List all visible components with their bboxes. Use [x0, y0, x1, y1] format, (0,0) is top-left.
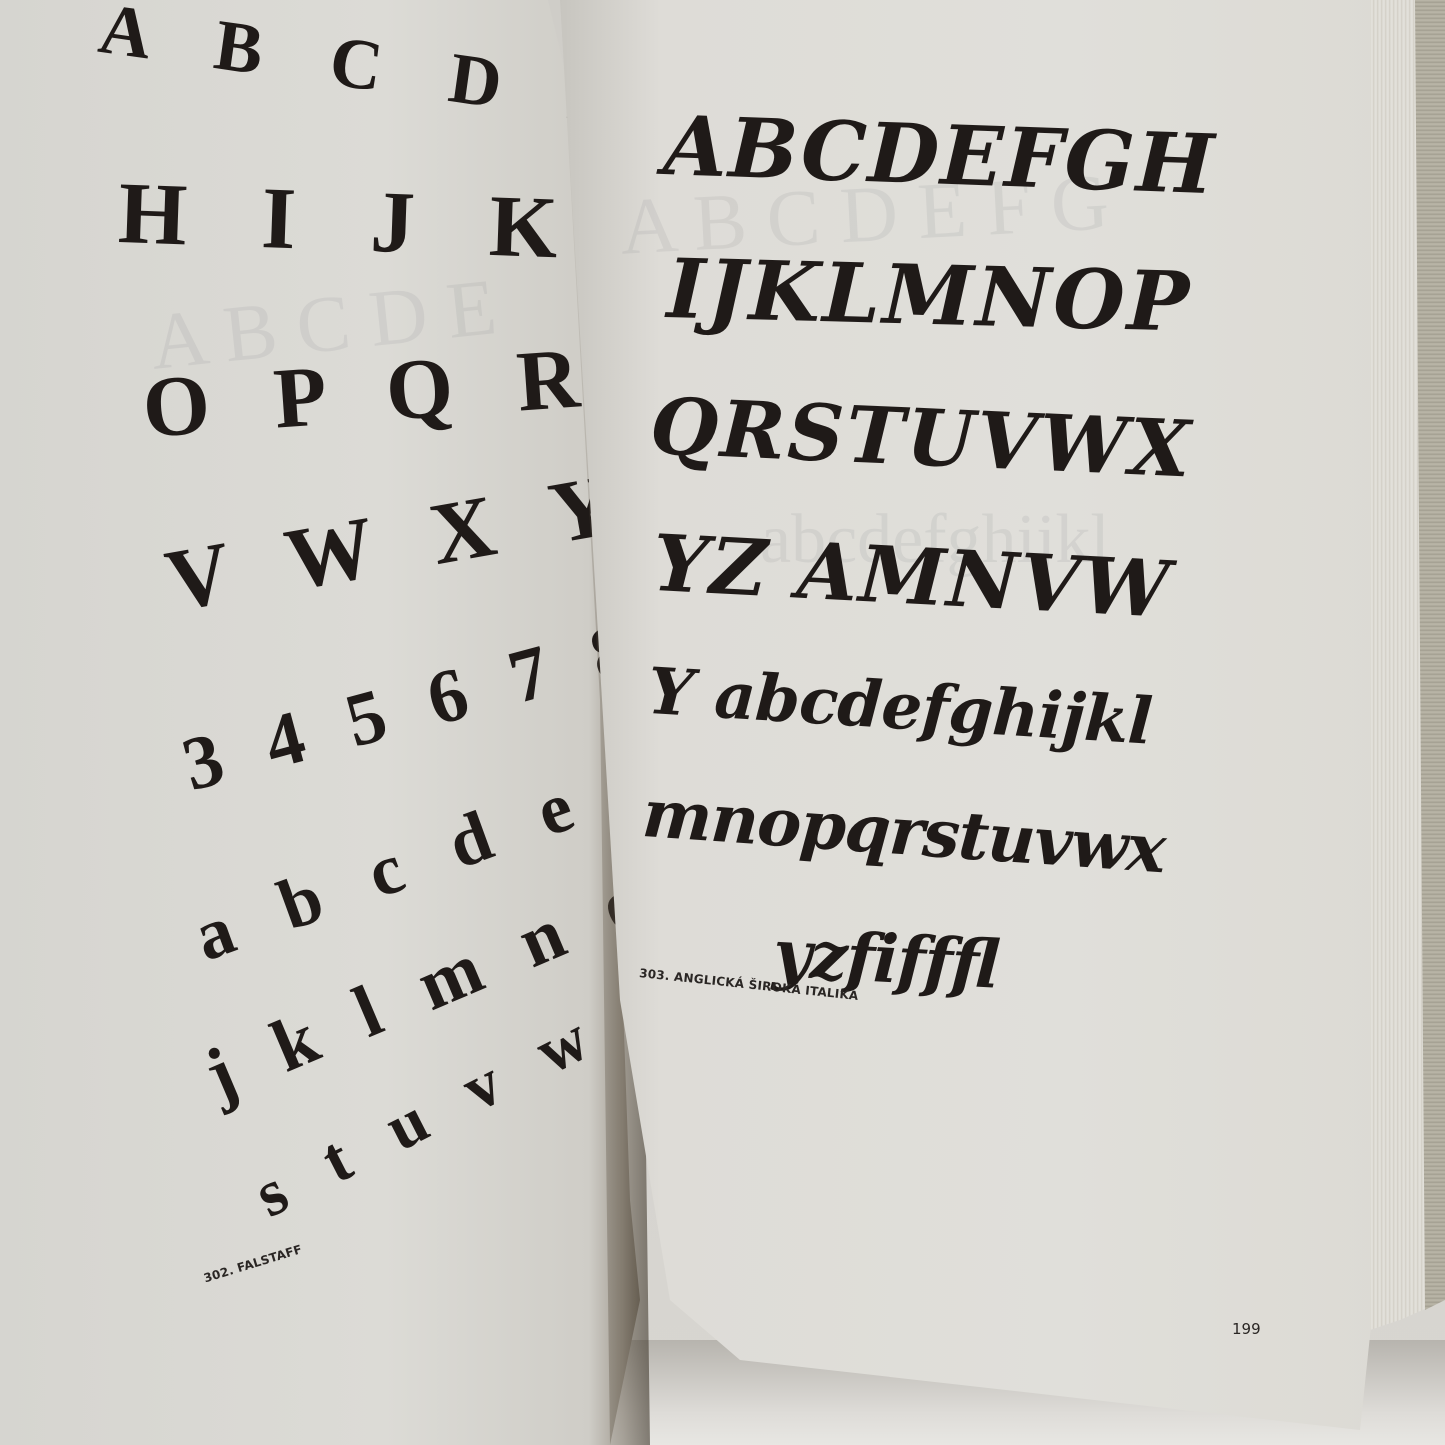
- left-page: A B C D E A B C D E F H I J K L M O P Q …: [0, 0, 640, 1445]
- specimen-caption: 302. FALSTAFF: [202, 1242, 304, 1285]
- photo-scene: A B C D E A B C D E F H I J K L M O P Q …: [0, 0, 1445, 1445]
- specimen-row: ABCDEFGH: [662, 105, 1217, 206]
- specimen-row: QRSTUVWX: [649, 388, 1194, 490]
- specimen-row: IJKLMNOP: [666, 248, 1193, 344]
- page-number: 199: [1232, 1320, 1261, 1338]
